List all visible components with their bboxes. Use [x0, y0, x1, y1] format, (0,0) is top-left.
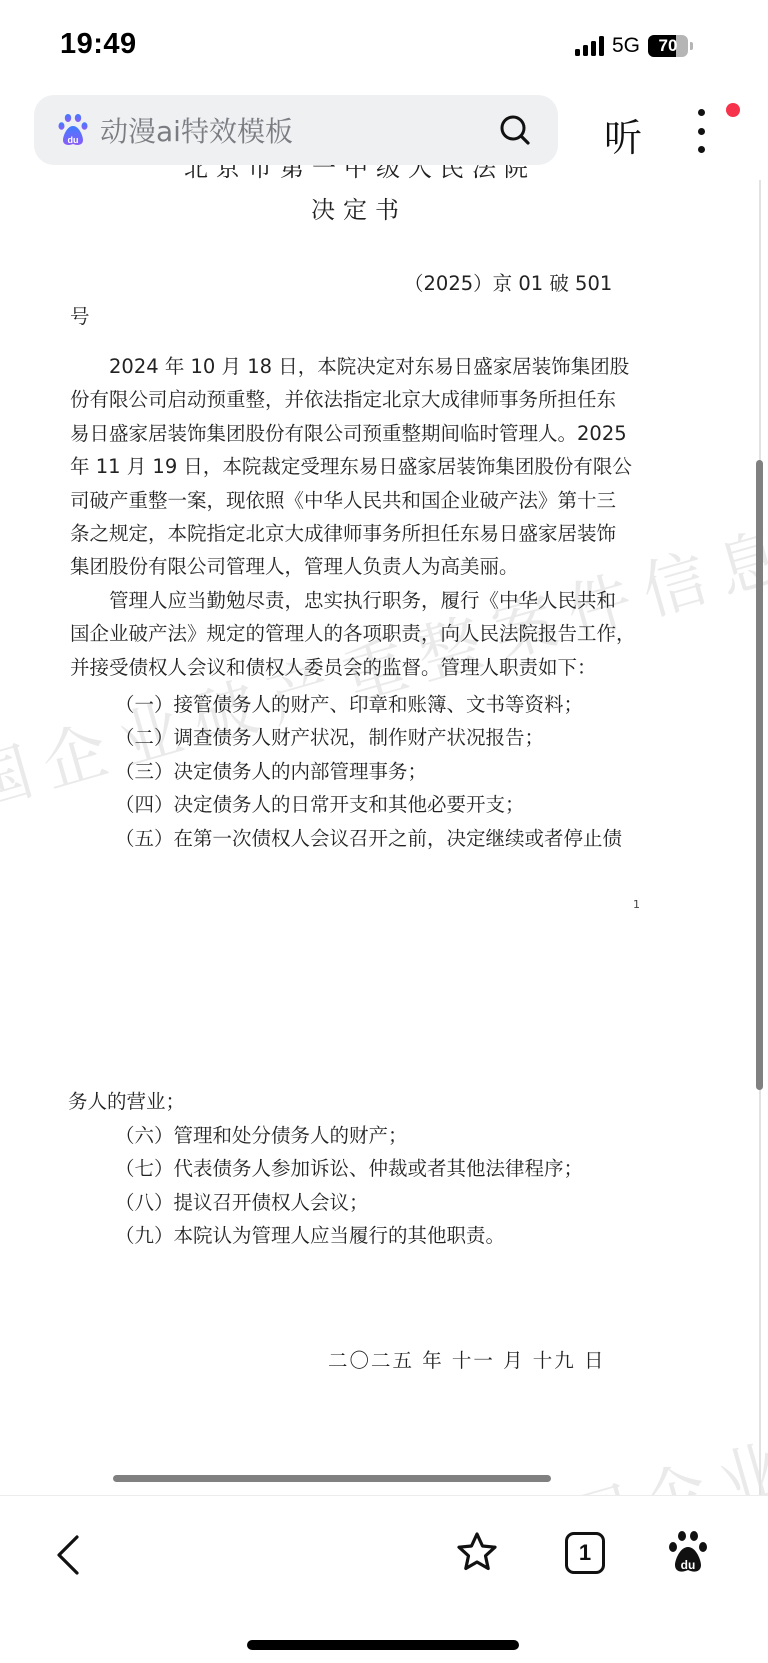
star-outline-icon[interactable] — [454, 1530, 500, 1576]
search-icon[interactable] — [498, 113, 532, 147]
browser-top-bar: du 动漫ai特效模板 听 — [0, 95, 768, 165]
horizontal-scrollbar-thumb[interactable] — [113, 1475, 551, 1482]
bottom-toolbar: 1 du — [0, 1495, 768, 1663]
more-vertical-icon[interactable] — [694, 109, 708, 153]
status-time: 19:49 — [60, 28, 137, 61]
search-query: 动漫ai特效模板 — [100, 110, 498, 150]
tabs-button[interactable]: 1 — [565, 1532, 605, 1574]
duty-item: （五）在第一次债权人会议召开之前，决定继续或者停止债 — [115, 823, 622, 851]
battery-icon: 70 — [648, 35, 688, 57]
case-number-suffix: 号 — [70, 301, 90, 329]
paragraph-appointment: 2024 年 10 月 18 日，本院决定对东易日盛家居装饰集团股 份有限公司启… — [70, 350, 645, 584]
battery-percent: 70 — [648, 35, 688, 57]
svg-text:du: du — [681, 1558, 696, 1572]
case-number: （2025）京 01 破 501 — [404, 268, 612, 296]
duty-item: （六）管理和处分债务人的财产； — [115, 1120, 408, 1148]
document-title: 决定书 — [0, 190, 718, 225]
duty-item: （七）代表债务人参加诉讼、仲裁或者其他法律程序； — [115, 1153, 583, 1181]
chevron-left-icon[interactable] — [50, 1531, 90, 1579]
status-bar: 19:49 5G 70 — [0, 0, 768, 90]
svg-text:du: du — [68, 135, 79, 145]
listen-button[interactable]: 听 — [604, 107, 642, 162]
duty-item: （三）决定债务人的内部管理事务； — [115, 756, 427, 784]
baidu-paw-icon[interactable]: du — [668, 1530, 708, 1574]
duty-continuation: 务人的营业； — [68, 1086, 185, 1114]
cellular-signal-icon — [575, 36, 604, 56]
decision-date: 二〇二五 年 十一 月 十九 日 — [328, 1345, 606, 1373]
network-type: 5G — [612, 34, 640, 58]
duty-item: （八）提议召开债权人会议； — [115, 1187, 369, 1215]
home-indicator[interactable] — [247, 1640, 519, 1650]
duty-item: （一）接管债务人的财产、印章和账簿、文书等资料； — [115, 689, 583, 717]
page-number: 1 — [633, 898, 640, 911]
notification-dot — [726, 103, 740, 117]
status-indicators: 5G 70 — [575, 34, 693, 58]
vertical-scrollbar-thumb[interactable] — [756, 460, 763, 1090]
duty-item: （四）决定债务人的日常开支和其他必要开支； — [115, 789, 525, 817]
search-input[interactable]: du 动漫ai特效模板 — [34, 95, 558, 165]
duty-item: （九）本院认为管理人应当履行的其他职责。 — [115, 1220, 505, 1248]
document-viewer[interactable]: 全国企业破产重整案件信息网 全国企业破产重整案件信息网 北京市第一中级人民法院 … — [0, 0, 768, 1495]
paragraph-duties-intro: 管理人应当勤勉尽责，忠实执行职务，履行《中华人民共和 国企业破产法》规定的管理人… — [70, 584, 645, 684]
baidu-paw-icon: du — [58, 113, 88, 147]
duty-item: （二）调查债务人财产状况，制作财产状况报告； — [115, 722, 544, 750]
